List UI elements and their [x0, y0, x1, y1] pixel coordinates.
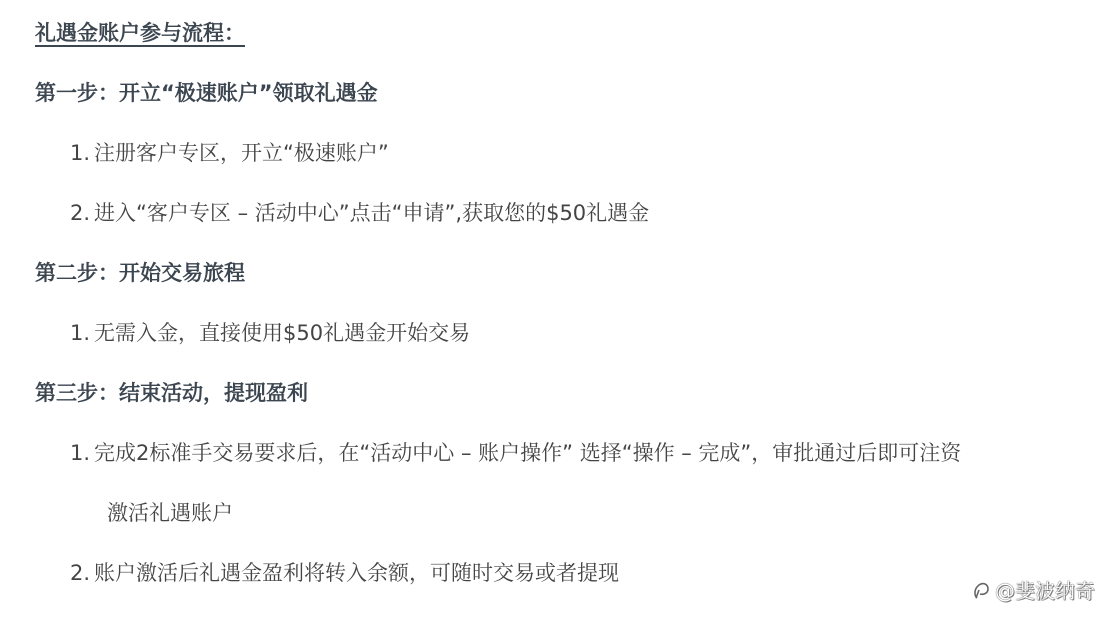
- step-3-item-1-continuation: 激活礼遇账户: [107, 498, 233, 528]
- watermark: @斐波纳奇: [971, 578, 1095, 604]
- item-text: 进入“客户专区 – 活动中心”点击“申请”,获取您的$50礼遇金: [94, 201, 649, 225]
- item-number: 1.: [70, 138, 90, 168]
- document: 礼遇金账户参与流程： 第一步：开立“极速账户”领取礼遇金 1.注册客户专区，开立…: [0, 0, 1107, 631]
- document-title: 礼遇金账户参与流程：: [35, 18, 245, 48]
- item-number: 1.: [70, 438, 90, 468]
- item-number: 2.: [70, 558, 90, 588]
- step-2-item-1: 1.无需入金，直接使用$50礼遇金开始交易: [70, 318, 470, 348]
- item-text: 注册客户专区，开立“极速账户”: [94, 141, 389, 165]
- item-number: 2.: [70, 198, 90, 228]
- item-text: 完成2标准手交易要求后，在“活动中心 – 账户操作” 选择“操作 – 完成”，审…: [94, 441, 961, 465]
- step-2-heading: 第二步：开始交易旅程: [35, 258, 245, 288]
- step-1-item-2: 2.进入“客户专区 – 活动中心”点击“申请”,获取您的$50礼遇金: [70, 198, 649, 228]
- item-text: 账户激活后礼遇金盈利将转入余额，可随时交易或者提现: [94, 561, 619, 585]
- item-text: 无需入金，直接使用$50礼遇金开始交易: [94, 321, 470, 345]
- step-1-item-1: 1.注册客户专区，开立“极速账户”: [70, 138, 389, 168]
- step-3-item-2: 2.账户激活后礼遇金盈利将转入余额，可随时交易或者提现: [70, 558, 619, 588]
- item-number: 1.: [70, 318, 90, 348]
- watermark-text: @斐波纳奇: [995, 578, 1095, 604]
- toutiao-logo-icon: [971, 581, 991, 601]
- step-1-heading: 第一步：开立“极速账户”领取礼遇金: [35, 78, 378, 108]
- step-3-heading: 第三步：结束活动，提现盈利: [35, 378, 308, 408]
- step-3-item-1: 1.完成2标准手交易要求后，在“活动中心 – 账户操作” 选择“操作 – 完成”…: [70, 438, 961, 468]
